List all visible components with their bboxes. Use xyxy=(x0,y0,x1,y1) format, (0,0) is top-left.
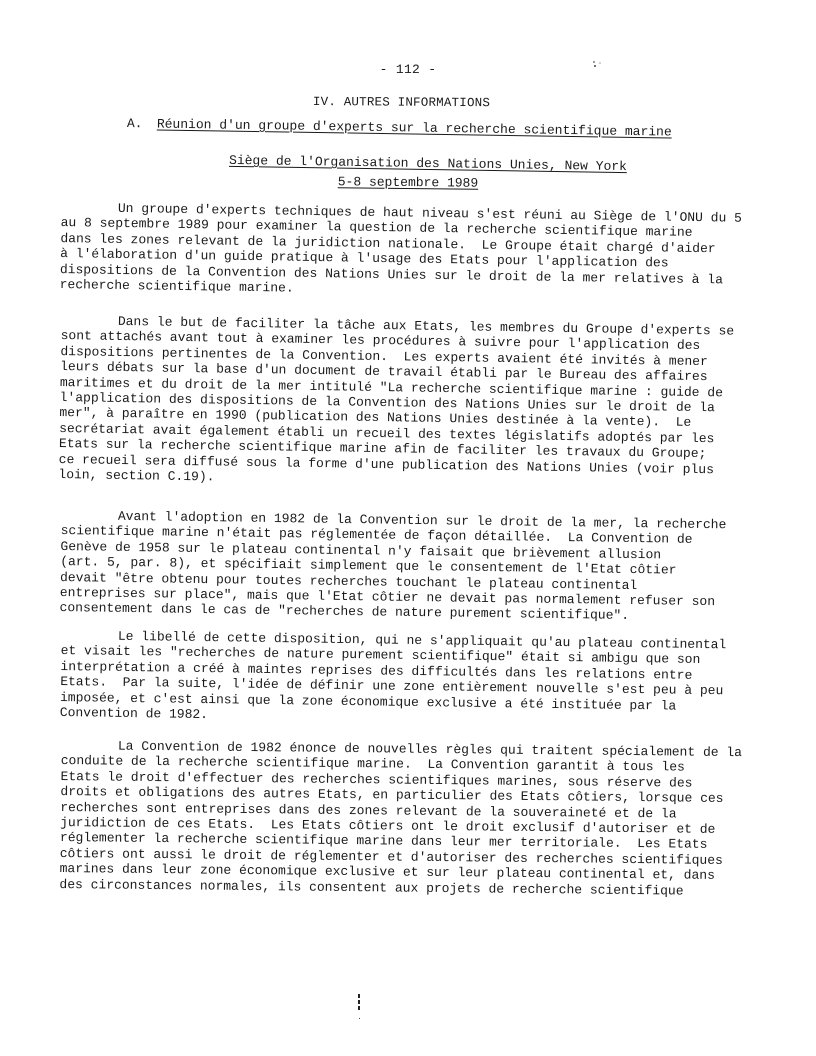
paragraph-4: Le libellé de cette disposition, qui ne … xyxy=(60,628,761,730)
paragraph-3: Avant l'adoption en 1982 de la Conventio… xyxy=(59,508,760,626)
section-letter: A. xyxy=(127,116,157,131)
location-text: Siège de l'Organisation des Nations Unie… xyxy=(229,153,627,174)
paragraph-5: La Convention de 1982 énonce de nouvelle… xyxy=(59,738,761,899)
section-heading: A.Réunion d'un groupe d'experts sur la r… xyxy=(127,116,672,140)
dates-text: 5-8 septembre 1989 xyxy=(338,174,479,190)
chapter-title: IV. AUTRES INFORMATIONS xyxy=(313,95,490,110)
section-title: Réunion d'un groupe d'experts sur la rec… xyxy=(157,116,672,139)
document-page: - 112 - IV. AUTRES INFORMATIONS A.Réunio… xyxy=(0,0,816,1056)
paragraph-1: Un groupe d'experts techniques de haut n… xyxy=(60,200,761,303)
paragraph-2: Dans le but de faciliter la tâche aux Et… xyxy=(58,313,761,493)
page-number: - 112 - xyxy=(0,62,816,77)
scan-artifact-mark xyxy=(358,994,360,1012)
scan-artifact-dot xyxy=(359,1018,360,1019)
